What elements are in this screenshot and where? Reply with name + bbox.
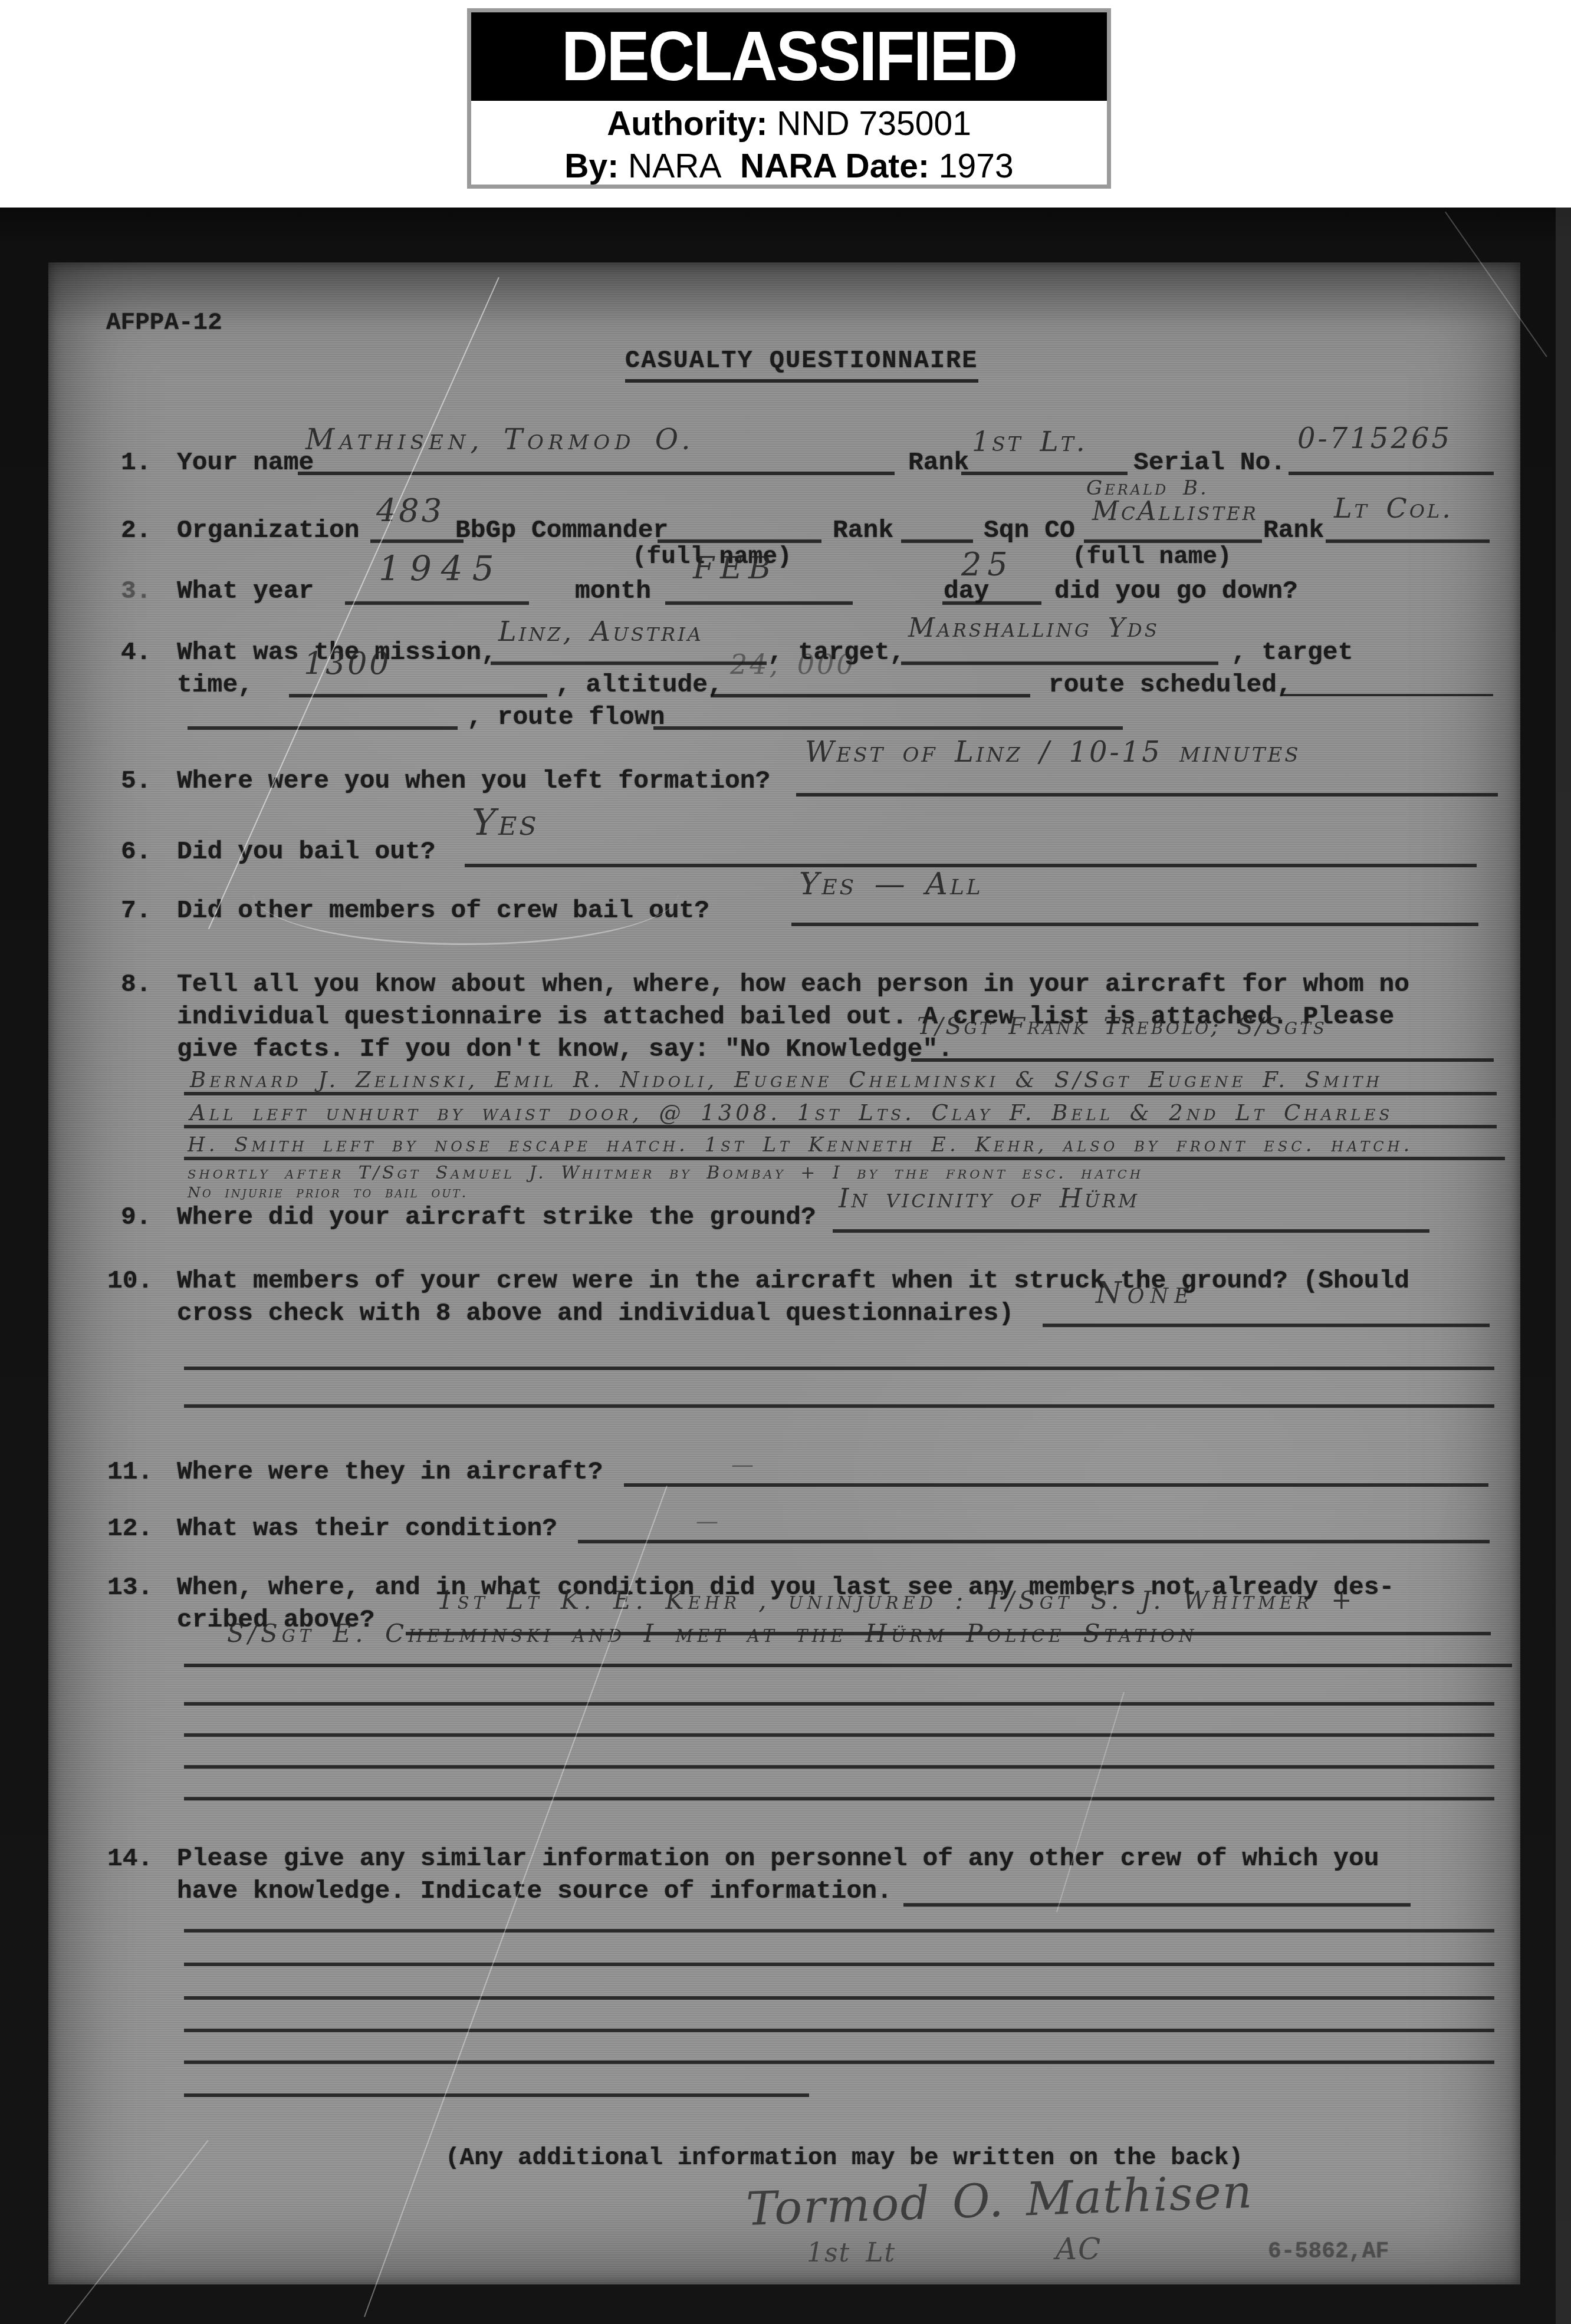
q2-rank2-label: Rank xyxy=(1263,516,1324,545)
q1-serial-value: 0-715265 xyxy=(1297,422,1452,455)
q3-year-value: 1945 xyxy=(379,548,504,588)
q8-answer-line1: T/Sgt Frank Trebolo; S/Sgts xyxy=(917,1013,1327,1040)
q3-month-value: FEB xyxy=(693,551,777,586)
answer-line xyxy=(1043,1324,1490,1327)
q7-number: 7. xyxy=(121,896,152,925)
answer-line xyxy=(791,923,1478,926)
q2-rank2-value: Lt Col. xyxy=(1334,492,1453,524)
signature-branch: AC xyxy=(1056,2232,1102,2266)
answer-line xyxy=(188,726,458,730)
q8-answer-line6: No injurie prior to bail out. xyxy=(188,1184,468,1201)
answer-line xyxy=(184,1797,1494,1800)
scan-edge-artifact xyxy=(1556,208,1571,2324)
q2-rank-label: Rank xyxy=(833,516,893,545)
answer-line xyxy=(184,1702,1494,1706)
q13-answer-line2: S/Sgt E. Chelminski and I met at the Hür… xyxy=(227,1619,1198,1648)
declassified-stamp-bar: DECLASSIFIED xyxy=(471,12,1107,101)
q8-answer-line2: Bernard J. Zelinski, Emil R. Nidoli, Eug… xyxy=(190,1067,1383,1092)
q2-gp-commander-label: BbGp Commander xyxy=(455,516,668,545)
q8-text-line3: give facts. If you don't know, say: "No … xyxy=(177,1035,953,1064)
q4-target2-label: , target xyxy=(1231,638,1353,667)
answer-line xyxy=(370,539,464,543)
nara-date-value: 1973 xyxy=(939,147,1014,185)
q2-sqn-co-label: Sqn CO xyxy=(984,516,1075,545)
answer-line xyxy=(658,539,821,543)
q2-fullname-note: (full name) xyxy=(1072,544,1232,571)
answer-line xyxy=(345,601,529,605)
q14-text-line2: have knowledge. Indicate source of infor… xyxy=(177,1877,892,1905)
back-page-note: (Any additional information may be writt… xyxy=(445,2145,1243,2172)
q5-number: 5. xyxy=(121,766,152,795)
by-value: NARA xyxy=(628,147,721,185)
answer-line xyxy=(961,472,1128,475)
q1-label: Your name xyxy=(177,448,314,477)
q2-sqn-co-value: McAllister xyxy=(1092,496,1258,526)
scanned-declassified-document: { "banner": { "title": "DECLASSIFIED", "… xyxy=(0,0,1571,2324)
q4-time-label: time, xyxy=(177,670,253,699)
q13-answer-line1: 1st Lt K. E. Kehr , uninjured : T/Sgt S.… xyxy=(438,1586,1356,1615)
by-line: By: NARA NARA Date: 1973 xyxy=(471,147,1107,186)
q6-number: 6. xyxy=(121,837,152,866)
q4-target-value: Marshalling Yds xyxy=(908,613,1159,643)
answer-line xyxy=(184,2029,1494,2032)
q11-number: 11. xyxy=(107,1457,153,1486)
answer-line xyxy=(1281,694,1493,696)
answer-line xyxy=(184,1157,1505,1160)
q5-label: Where were you when you left formation? xyxy=(177,766,770,795)
q13-number: 13. xyxy=(107,1573,153,1602)
q1-number: 1. xyxy=(121,448,152,477)
q11-label: Where were they in aircraft? xyxy=(177,1457,603,1486)
answer-line xyxy=(711,694,1030,697)
answer-line xyxy=(1084,539,1262,543)
q9-label: Where did your aircraft strike the groun… xyxy=(177,1203,816,1232)
answer-line xyxy=(833,1229,1429,1233)
answer-line xyxy=(796,793,1498,796)
q3-month-label: month xyxy=(575,577,651,605)
answer-line xyxy=(184,2060,1494,2064)
answer-line xyxy=(1289,472,1494,475)
answer-line xyxy=(942,601,1041,605)
answer-line xyxy=(184,1963,1494,1966)
q2-label: Organization xyxy=(177,516,360,545)
q8-answer-line5: shortly after T/Sgt Samuel J. Whitmer by… xyxy=(188,1163,1143,1183)
q11-pen-mark: — xyxy=(731,1451,756,1477)
q4-altitude-label: , altitude, xyxy=(556,670,723,699)
answer-line xyxy=(289,694,547,697)
q3-suffix: did you go down? xyxy=(1054,577,1298,605)
answer-line xyxy=(184,1664,1512,1667)
q10-text-line2: cross check with 8 above and individual … xyxy=(177,1299,1014,1328)
answer-line xyxy=(184,1929,1494,1933)
answer-line xyxy=(911,1058,1494,1062)
q8-number: 8. xyxy=(121,970,152,999)
answer-line xyxy=(184,1125,1497,1128)
signature-rank: 1st Lt xyxy=(807,2238,896,2268)
q9-number: 9. xyxy=(121,1203,152,1232)
page-title: CASUALTY QUESTIONNAIRE xyxy=(625,347,978,383)
q12-pen-mark: — xyxy=(696,1508,721,1534)
answer-line xyxy=(184,1765,1494,1769)
q8-answer-line4: H. Smith left by nose escape hatch. 1st … xyxy=(188,1133,1413,1157)
q7-answer: Yes — All xyxy=(799,867,983,902)
q10-text-line1: What members of your crew were in the ai… xyxy=(177,1266,1409,1295)
q4-number: 4. xyxy=(121,638,152,667)
q14-text-line1: Please give any similar information on p… xyxy=(177,1844,1379,1873)
q1-rank-value: 1st Lt. xyxy=(972,426,1087,458)
q8-text-line1: Tell all you know about when, where, how… xyxy=(177,970,1409,999)
q4-time-value: 1300 xyxy=(304,646,391,682)
q12-label: What was their condition? xyxy=(177,1514,557,1543)
q4-altitude-value: 24, 000 xyxy=(730,649,856,680)
answer-line xyxy=(298,472,895,475)
answer-line xyxy=(184,1367,1494,1370)
q9-answer: In vicinity of Hürm xyxy=(839,1184,1139,1214)
answer-line xyxy=(901,539,973,543)
scratch-curve xyxy=(254,843,678,945)
q10-number: 10. xyxy=(107,1266,153,1295)
answer-line xyxy=(184,1092,1497,1095)
answer-line xyxy=(1326,539,1490,543)
authority-line: Authority: NND 735001 xyxy=(471,104,1107,143)
answer-line xyxy=(184,1996,1494,2000)
answer-line xyxy=(184,2093,809,2097)
answer-line xyxy=(624,1483,1488,1487)
form-number: AFPPA-12 xyxy=(106,310,222,337)
q8-answer-line3: All left unhurt by waist door, @ 1308. 1… xyxy=(190,1100,1393,1125)
q1-name-value: Mathisen, Tormod O. xyxy=(305,423,695,456)
q3-day-value: 25 xyxy=(961,546,1014,583)
answer-line xyxy=(491,661,767,665)
answer-line xyxy=(184,1733,1494,1737)
q3-number: 3. xyxy=(121,577,152,605)
q4-route-scheduled-label: route scheduled, xyxy=(1049,670,1292,699)
q5-answer: West of Linz / 10-15 minutes xyxy=(805,736,1301,769)
q2-organization-value: 483 xyxy=(376,492,444,529)
by-label: By: xyxy=(564,147,619,185)
answer-line xyxy=(903,1903,1411,1907)
answer-line xyxy=(184,1404,1494,1408)
q14-number: 14. xyxy=(107,1844,153,1873)
authority-value: NND 735001 xyxy=(777,105,971,143)
authority-label: Authority: xyxy=(607,105,767,143)
declassified-title: DECLASSIFIED xyxy=(561,17,1016,97)
answer-line xyxy=(901,661,1218,665)
q4-mission-value: Linz, Austria xyxy=(498,615,704,647)
q4-route-flown-label: , route flown xyxy=(467,703,665,732)
q6-answer: Yes xyxy=(472,801,539,844)
answer-line xyxy=(665,601,853,605)
q3-label: What year xyxy=(177,577,314,605)
q1-serial-label: Serial No. xyxy=(1133,448,1286,477)
q1-rank-label: Rank xyxy=(908,448,969,477)
form-code: 6-5862,AF xyxy=(1268,2239,1389,2264)
answer-line xyxy=(578,1540,1490,1543)
q10-answer: None xyxy=(1096,1276,1195,1310)
declassified-stamp: DECLASSIFIED Authority: NND 735001 By: N… xyxy=(467,8,1111,189)
answer-line xyxy=(653,726,1123,730)
nara-date-label: NARA Date: xyxy=(740,147,929,185)
q12-number: 12. xyxy=(107,1514,153,1543)
q2-number: 2. xyxy=(121,516,152,545)
